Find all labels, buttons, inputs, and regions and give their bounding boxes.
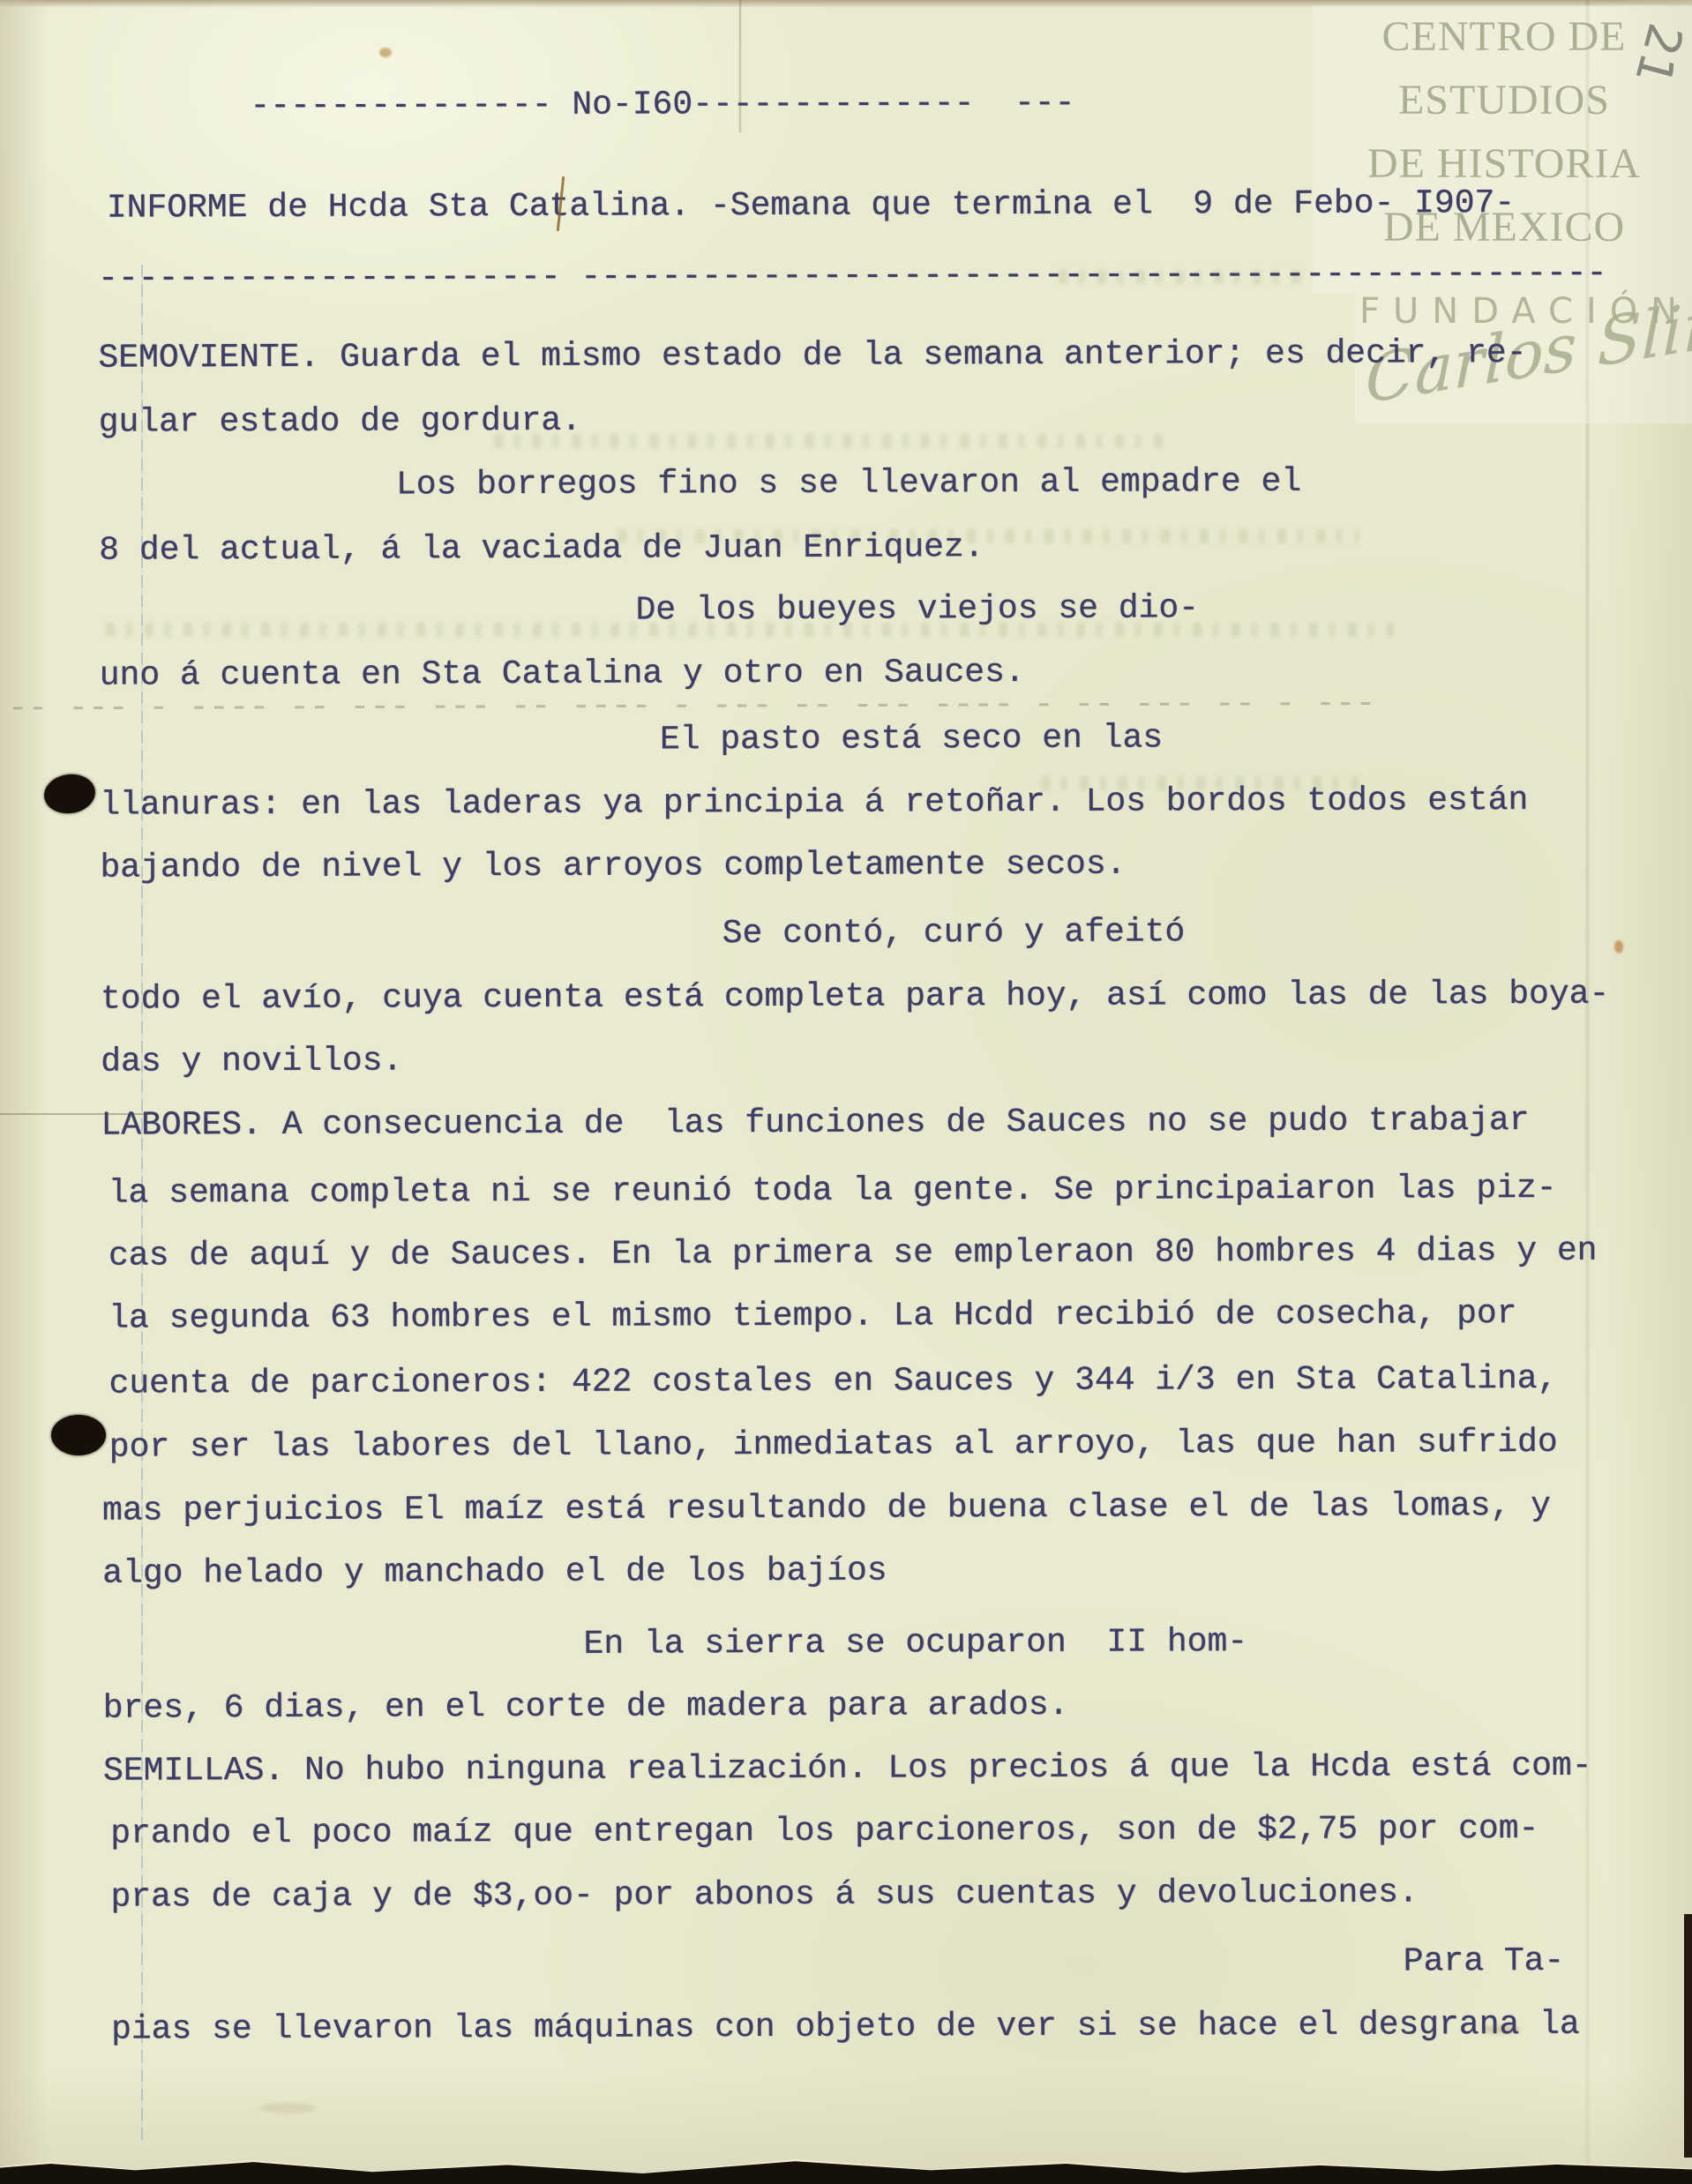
body-line: la segunda 63 hombres el mismo tiempo. L… bbox=[109, 1295, 1516, 1339]
body-line: bres, 6 dias, en el corte de madera para… bbox=[103, 1687, 1069, 1729]
body-line: SEMOVIENTE. Guarda el mismo estado de la… bbox=[98, 334, 1526, 378]
body-line: todo el avío, cuya cuenta está completa … bbox=[101, 976, 1609, 1020]
body-line: por ser las labores del llano, inmediata… bbox=[109, 1424, 1558, 1468]
body-line: Para Ta- bbox=[1404, 1942, 1565, 1982]
body-line: pias se llevaron las máquinas con objeto… bbox=[111, 2006, 1580, 2050]
body-line: la semana completa ni se reunió toda la … bbox=[109, 1170, 1557, 1214]
body-line: cas de aquí y de Sauces. En la primera s… bbox=[109, 1232, 1598, 1276]
page-edge-right bbox=[1684, 1914, 1692, 2158]
body-line: cuenta de parcioneros: 422 costales en S… bbox=[109, 1360, 1557, 1404]
body-line: prando el poco maíz que entregan los par… bbox=[110, 1810, 1539, 1854]
body-line: das y novillos. bbox=[101, 1042, 402, 1081]
body-line: Los borregos fino s se llevaron al empad… bbox=[396, 463, 1301, 505]
body-line: 8 del actual, á la vaciada de Juan Enriq… bbox=[99, 528, 985, 571]
separator-line: ----------------------- ----------------… bbox=[98, 255, 1606, 299]
document-number-line: --------------- No-I60-------------- --- bbox=[250, 85, 1074, 126]
punch-hole bbox=[51, 1415, 106, 1455]
body-line: En la sierra se ocuparon II hom- bbox=[583, 1623, 1247, 1664]
body-line: mas perjuicios El maíz está resultando d… bbox=[102, 1487, 1551, 1531]
body-line: pras de caja y de $3,oo- por abonos á su… bbox=[110, 1874, 1418, 1917]
body-line: Se contó, curó y afeitó bbox=[722, 913, 1186, 954]
typed-text-layer: --------------- No-I60-------------- ---… bbox=[0, 0, 1692, 2184]
body-line: El pasto está seco en las bbox=[660, 719, 1163, 759]
body-line: De los bueyes viejos se dio- bbox=[635, 589, 1199, 630]
body-line: bajando de nivel y los arroyos completam… bbox=[100, 846, 1126, 888]
document-title: INFORME de Hcda Sta Catalina. -Semana qu… bbox=[107, 184, 1515, 228]
body-line: algo helado y manchado el de los bajíos bbox=[102, 1552, 887, 1594]
body-line: LABORES. A consecuencia de las funciones… bbox=[101, 1102, 1529, 1146]
body-line: SEMILLAS. No hubo ninguna realización. L… bbox=[103, 1747, 1592, 1791]
document-page: CENTRO DE ESTUDIOS DE HISTORIA DE MEXICO… bbox=[0, 0, 1692, 2184]
body-line: llanuras: en las laderas ya principia á … bbox=[100, 782, 1528, 826]
body-line: gular estado de gordura. bbox=[99, 402, 581, 443]
